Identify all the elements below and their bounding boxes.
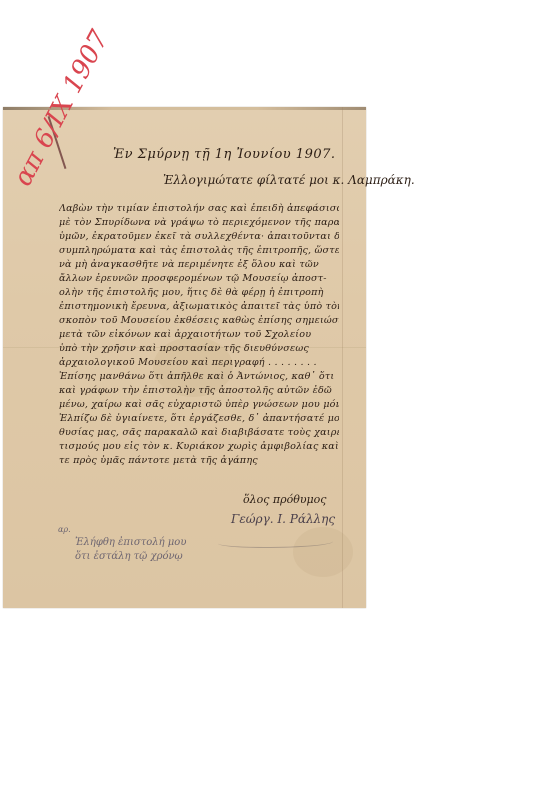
letter-page: απ 6/IX 1907 Ἐν Σμύρνῃ τῇ 1η Ἰουνίου 190…	[3, 107, 366, 608]
body-line: σκοπὸν τοῦ Μουσείου ἐκθέσεις καθὼς ἐπίση…	[59, 315, 339, 326]
body-line: Λαβὼν τὴν τιμίαν ἐπιστολήν σας καὶ ἐπειδ…	[59, 203, 339, 214]
body-line: μὲ τὸν Σπυρίδωνα νὰ γράψω τὸ περιεχόμενο…	[59, 217, 339, 228]
body-line: ὑπὸ τὴν χρῆσιν καὶ προστασίαν τῆς διευθύ…	[59, 343, 339, 354]
body-line: τισμούς μου εἰς τὸν κ. Κυριάκον χωρὶς ἀμ…	[59, 441, 339, 452]
body-line: ὑμῶν, ἐκρατοῦμεν ἐκεῖ τὰ συλλεχθέντα· ἀπ…	[59, 231, 339, 242]
body-line: Ἐλπίζω δὲ ὑγιαίνετε, ὅτι ἐργάζεσθε, δ᾽ ἀ…	[59, 413, 339, 424]
margin-note: ὅτι ἐστάλη τῷ χρόνῳ	[75, 551, 183, 562]
body-line: ἄλλων ἐρευνῶν προσφερομένων τῷ Μουσείῳ ἀ…	[59, 273, 339, 284]
body-line: τε πρὸς ὑμᾶς πάντοτε μετὰ τῆς ἀγάπης	[59, 455, 339, 466]
body-line: καὶ γράφων τὴν ἐπιστολὴν τῆς ἀποστολῆς α…	[59, 385, 339, 396]
body-line: μένω, χαίρω καὶ σᾶς εὐχαριστῶ ὑπὲρ γνώσε…	[59, 399, 339, 410]
body-line: ἐπιστημονικὴ ἔρευνα, ἀξιωματικὸς ἀπαιτεῖ…	[59, 301, 339, 312]
margin-note: Ἐλήφθη ἐπιστολή μου	[75, 537, 186, 548]
body-line: ἀρχαιολογικοῦ Μουσείου καὶ περιγραφή . .…	[59, 357, 339, 368]
paper-stain	[293, 527, 353, 577]
body-line: συμπληρώματα καὶ τὰς ἐπιστολὰς τῆς ἐπιτρ…	[59, 245, 339, 256]
body-line: μετὰ τῶν εἰκόνων καὶ ἀρχαιοτήτων τοῦ Σχο…	[59, 329, 339, 340]
letter-greeting: Ἐλλογιμώτατε φίλτατέ μοι κ. Λαμπράκη.	[163, 173, 415, 187]
letter-dateline: Ἐν Σμύρνῃ τῇ 1η Ἰουνίου 1907.	[113, 147, 336, 162]
body-line: ολὴν τῆς ἐπιστολῆς μου, ἥτις δὲ θὰ φέρῃ …	[59, 287, 339, 298]
body-line: Ἐπίσης μανθάνω ὅτι ἀπῆλθε καὶ ὁ Ἀντώνιος…	[59, 371, 339, 382]
letter-signature: Γεώργ. Ι. Ράλλης	[231, 512, 335, 526]
body-line: θυσίας μας, σᾶς παρακαλῶ καὶ διαβιβάσατε…	[59, 427, 339, 438]
body-line: νὰ μὴ ἀναγκασθῆτε νὰ περιμένητε ἐξ ὅλου …	[59, 259, 339, 270]
margin-note: αρ.	[58, 525, 71, 534]
letter-closing: ὅλος πρόθυμος	[243, 493, 326, 506]
red-pencil-annotation: απ 6/IX 1907	[8, 26, 115, 191]
